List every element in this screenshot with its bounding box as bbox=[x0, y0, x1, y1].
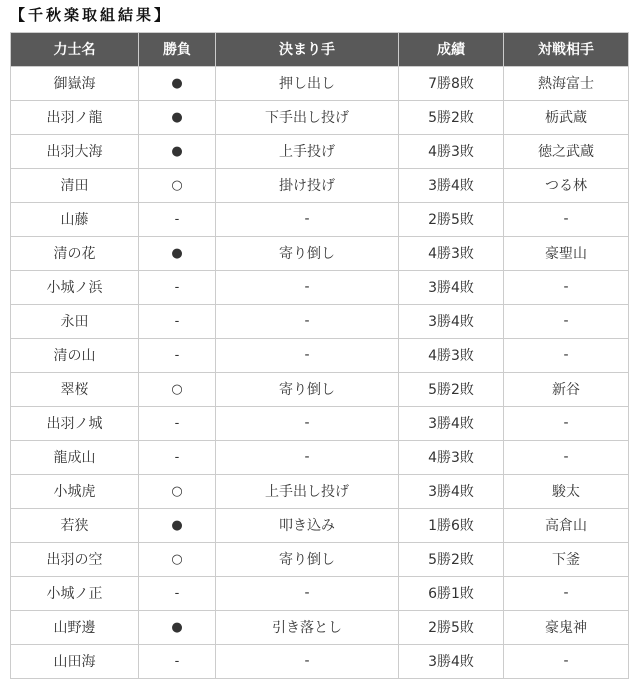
cell-kimarite: 寄り倒し bbox=[216, 372, 399, 406]
column-header-record: 成績 bbox=[399, 32, 504, 66]
table-row: 小城ノ浜--3勝4敗- bbox=[11, 270, 629, 304]
cell-result: - bbox=[139, 338, 216, 372]
cell-result: ● bbox=[139, 236, 216, 270]
page: 【千秋楽取組結果】 力士名勝負決まり手成績対戦相手 御嶽海●押し出し7勝8敗熱海… bbox=[0, 0, 638, 685]
cell-record: 3勝4敗 bbox=[399, 304, 504, 338]
cell-record: 4勝3敗 bbox=[399, 236, 504, 270]
cell-opponent: 高倉山 bbox=[504, 508, 629, 542]
table-row: 若狭●叩き込み1勝6敗高倉山 bbox=[11, 508, 629, 542]
cell-opponent: つる林 bbox=[504, 168, 629, 202]
cell-opponent: - bbox=[504, 270, 629, 304]
column-header-opponent: 対戦相手 bbox=[504, 32, 629, 66]
cell-rikishi: 永田 bbox=[11, 304, 139, 338]
cell-kimarite: - bbox=[216, 270, 399, 304]
cell-record: 3勝4敗 bbox=[399, 406, 504, 440]
cell-opponent: 下釜 bbox=[504, 542, 629, 576]
cell-rikishi: 小城虎 bbox=[11, 474, 139, 508]
cell-kimarite: 下手出し投げ bbox=[216, 100, 399, 134]
cell-kimarite: - bbox=[216, 304, 399, 338]
cell-opponent: - bbox=[504, 644, 629, 678]
cell-result: ● bbox=[139, 610, 216, 644]
page-title: 【千秋楽取組結果】 bbox=[10, 6, 628, 26]
cell-opponent: - bbox=[504, 202, 629, 236]
column-header-result: 勝負 bbox=[139, 32, 216, 66]
cell-result: - bbox=[139, 202, 216, 236]
table-row: 山藤--2勝5敗- bbox=[11, 202, 629, 236]
cell-result: - bbox=[139, 406, 216, 440]
cell-record: 2勝5敗 bbox=[399, 610, 504, 644]
table-row: 清の山--4勝3敗- bbox=[11, 338, 629, 372]
cell-rikishi: 清の花 bbox=[11, 236, 139, 270]
cell-kimarite: - bbox=[216, 644, 399, 678]
cell-result: ● bbox=[139, 66, 216, 100]
results-table: 力士名勝負決まり手成績対戦相手 御嶽海●押し出し7勝8敗熱海富士出羽ノ龍●下手出… bbox=[10, 32, 629, 679]
cell-record: 3勝4敗 bbox=[399, 168, 504, 202]
table-row: 清田○掛け投げ3勝4敗つる林 bbox=[11, 168, 629, 202]
cell-opponent: 駿太 bbox=[504, 474, 629, 508]
cell-opponent: 新谷 bbox=[504, 372, 629, 406]
cell-result: - bbox=[139, 270, 216, 304]
cell-opponent: - bbox=[504, 338, 629, 372]
cell-record: 1勝6敗 bbox=[399, 508, 504, 542]
table-row: 御嶽海●押し出し7勝8敗熱海富士 bbox=[11, 66, 629, 100]
cell-opponent: 栃武蔵 bbox=[504, 100, 629, 134]
cell-rikishi: 出羽ノ城 bbox=[11, 406, 139, 440]
table-row: 清の花●寄り倒し4勝3敗豪聖山 bbox=[11, 236, 629, 270]
table-row: 山田海--3勝4敗- bbox=[11, 644, 629, 678]
cell-record: 3勝4敗 bbox=[399, 270, 504, 304]
cell-result: ○ bbox=[139, 372, 216, 406]
cell-opponent: - bbox=[504, 576, 629, 610]
cell-rikishi: 小城ノ浜 bbox=[11, 270, 139, 304]
cell-record: 3勝4敗 bbox=[399, 644, 504, 678]
cell-result: - bbox=[139, 644, 216, 678]
cell-kimarite: - bbox=[216, 440, 399, 474]
cell-kimarite: 引き落とし bbox=[216, 610, 399, 644]
cell-record: 4勝3敗 bbox=[399, 338, 504, 372]
cell-record: 5勝2敗 bbox=[399, 542, 504, 576]
cell-kimarite: 上手出し投げ bbox=[216, 474, 399, 508]
cell-rikishi: 御嶽海 bbox=[11, 66, 139, 100]
cell-result: ○ bbox=[139, 474, 216, 508]
cell-opponent: 熱海富士 bbox=[504, 66, 629, 100]
cell-rikishi: 若狭 bbox=[11, 508, 139, 542]
cell-result: ● bbox=[139, 508, 216, 542]
cell-rikishi: 翠桜 bbox=[11, 372, 139, 406]
cell-result: - bbox=[139, 304, 216, 338]
cell-kimarite: 掛け投げ bbox=[216, 168, 399, 202]
cell-record: 5勝2敗 bbox=[399, 100, 504, 134]
cell-kimarite: - bbox=[216, 338, 399, 372]
cell-result: - bbox=[139, 576, 216, 610]
table-row: 出羽ノ城--3勝4敗- bbox=[11, 406, 629, 440]
cell-record: 5勝2敗 bbox=[399, 372, 504, 406]
cell-record: 3勝4敗 bbox=[399, 474, 504, 508]
cell-result: ○ bbox=[139, 542, 216, 576]
cell-opponent: 豪聖山 bbox=[504, 236, 629, 270]
cell-rikishi: 山野邊 bbox=[11, 610, 139, 644]
cell-kimarite: 叩き込み bbox=[216, 508, 399, 542]
cell-opponent: - bbox=[504, 406, 629, 440]
cell-record: 4勝3敗 bbox=[399, 440, 504, 474]
cell-result: ○ bbox=[139, 168, 216, 202]
table-row: 出羽大海●上手投げ4勝3敗徳之武蔵 bbox=[11, 134, 629, 168]
table-row: 小城ノ正--6勝1敗- bbox=[11, 576, 629, 610]
cell-result: ● bbox=[139, 100, 216, 134]
column-header-kimarite: 決まり手 bbox=[216, 32, 399, 66]
cell-rikishi: 出羽ノ龍 bbox=[11, 100, 139, 134]
cell-record: 2勝5敗 bbox=[399, 202, 504, 236]
cell-record: 6勝1敗 bbox=[399, 576, 504, 610]
cell-rikishi: 出羽大海 bbox=[11, 134, 139, 168]
header-row: 力士名勝負決まり手成績対戦相手 bbox=[11, 32, 629, 66]
table-row: 永田--3勝4敗- bbox=[11, 304, 629, 338]
cell-opponent: 徳之武蔵 bbox=[504, 134, 629, 168]
cell-kimarite: - bbox=[216, 406, 399, 440]
cell-result: ● bbox=[139, 134, 216, 168]
cell-kimarite: 上手投げ bbox=[216, 134, 399, 168]
cell-rikishi: 出羽の空 bbox=[11, 542, 139, 576]
cell-kimarite: 寄り倒し bbox=[216, 236, 399, 270]
table-row: 龍成山--4勝3敗- bbox=[11, 440, 629, 474]
cell-rikishi: 山田海 bbox=[11, 644, 139, 678]
column-header-rikishi: 力士名 bbox=[11, 32, 139, 66]
cell-opponent: 豪鬼神 bbox=[504, 610, 629, 644]
table-head: 力士名勝負決まり手成績対戦相手 bbox=[11, 32, 629, 66]
table-row: 山野邊●引き落とし2勝5敗豪鬼神 bbox=[11, 610, 629, 644]
cell-kimarite: 押し出し bbox=[216, 66, 399, 100]
table-row: 小城虎○上手出し投げ3勝4敗駿太 bbox=[11, 474, 629, 508]
table-row: 出羽の空○寄り倒し5勝2敗下釜 bbox=[11, 542, 629, 576]
cell-kimarite: - bbox=[216, 576, 399, 610]
cell-result: - bbox=[139, 440, 216, 474]
cell-rikishi: 龍成山 bbox=[11, 440, 139, 474]
table-row: 翠桜○寄り倒し5勝2敗新谷 bbox=[11, 372, 629, 406]
cell-rikishi: 山藤 bbox=[11, 202, 139, 236]
cell-opponent: - bbox=[504, 440, 629, 474]
cell-record: 4勝3敗 bbox=[399, 134, 504, 168]
cell-rikishi: 小城ノ正 bbox=[11, 576, 139, 610]
cell-rikishi: 清の山 bbox=[11, 338, 139, 372]
cell-kimarite: - bbox=[216, 202, 399, 236]
cell-record: 7勝8敗 bbox=[399, 66, 504, 100]
cell-kimarite: 寄り倒し bbox=[216, 542, 399, 576]
cell-opponent: - bbox=[504, 304, 629, 338]
cell-rikishi: 清田 bbox=[11, 168, 139, 202]
table-row: 出羽ノ龍●下手出し投げ5勝2敗栃武蔵 bbox=[11, 100, 629, 134]
table-body: 御嶽海●押し出し7勝8敗熱海富士出羽ノ龍●下手出し投げ5勝2敗栃武蔵出羽大海●上… bbox=[11, 66, 629, 678]
